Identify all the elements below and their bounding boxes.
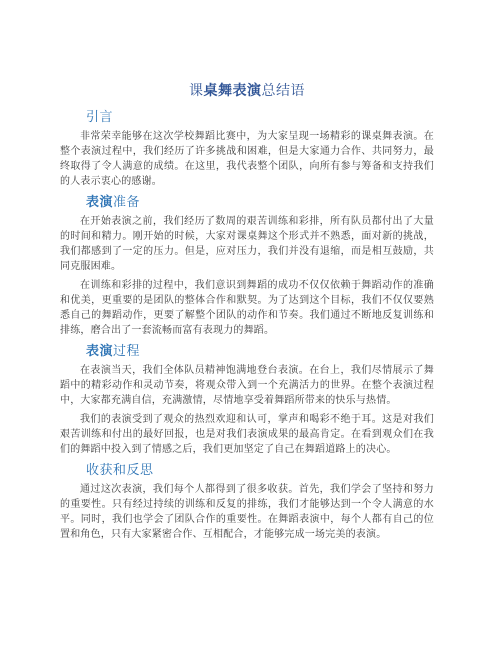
doc-title-text-pre: 课 xyxy=(189,82,204,98)
section-introduction: 引言 非常荣幸能够在这次学校舞蹈比赛中，为大家呈现一场精彩的课桌舞表演。在整个表… xyxy=(60,108,434,189)
paragraph: 在训练和彩排的过程中，我们意识到舞蹈的成功不仅仅依赖于舞蹈动作的准确和优美，更重… xyxy=(60,278,434,338)
section-heading-text: 过程 xyxy=(113,343,140,358)
doc-title-text-suffix: 总结语 xyxy=(262,82,306,98)
section-heading-preparation: 表演准备 xyxy=(60,193,434,211)
section-heading-introduction: 引言 xyxy=(60,108,434,126)
paragraph: 非常荣幸能够在这次学校舞蹈比赛中，为大家呈现一场精彩的课桌舞表演。在整个表演过程… xyxy=(60,129,434,189)
section-preparation: 表演准备 在开始表演之前，我们经历了数周的艰苦训练和彩排，所有队员都付出了大量的… xyxy=(60,193,434,338)
doc-title: 课桌舞表演总结语 xyxy=(60,81,434,100)
paragraph: 在表演当天，我们全体队员精神饱满地登台表演。在台上，我们尽情展示了舞蹈中的精彩动… xyxy=(60,363,434,408)
section-heading-text: 准备 xyxy=(113,194,140,209)
doc-title-keyword: 桌舞表演 xyxy=(204,82,262,98)
paragraph: 我们的表演受到了观众的热烈欢迎和认可，掌声和喝彩不绝于耳。这是对我们艰苦训练和付… xyxy=(60,412,434,457)
section-heading-keyword: 表演 xyxy=(86,343,113,358)
section-heading-text: 引言 xyxy=(86,109,113,124)
section-heading-keyword: 表演 xyxy=(86,194,113,209)
paragraph: 在开始表演之前，我们经历了数周的艰苦训练和彩排，所有队员都付出了大量的时间和精力… xyxy=(60,214,434,274)
section-performance: 表演过程 在表演当天，我们全体队员精神饱满地登台表演。在台上，我们尽情展示了舞蹈… xyxy=(60,342,434,457)
section-heading-text: 收获和反思 xyxy=(86,462,154,477)
section-heading-reflection: 收获和反思 xyxy=(60,461,434,479)
section-heading-performance: 表演过程 xyxy=(60,342,434,360)
document-page: 课桌舞表演总结语 引言 非常荣幸能够在这次学校舞蹈比赛中，为大家呈现一场精彩的课… xyxy=(0,0,500,647)
paragraph: 通过这次表演，我们每个人都得到了很多收获。首先，我们学会了坚持和努力的重要性。只… xyxy=(60,482,434,542)
section-reflection: 收获和反思 通过这次表演，我们每个人都得到了很多收获。首先，我们学会了坚持和努力… xyxy=(60,461,434,542)
